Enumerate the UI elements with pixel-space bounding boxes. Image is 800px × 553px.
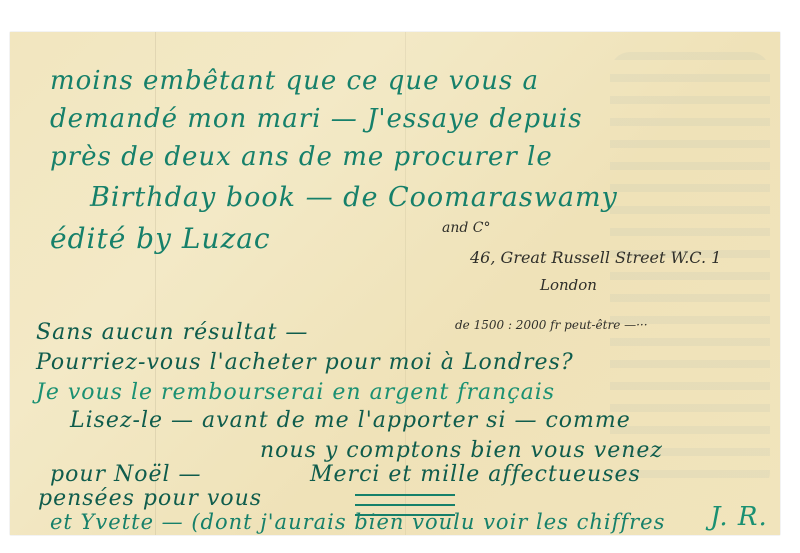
letter-line-9: Lisez-le — avant de me l'apporter si — c…	[70, 408, 631, 433]
letter-line-7: Pourriez-vous l'acheter pour moi à Londr…	[36, 350, 574, 375]
emphasis-underline	[355, 504, 455, 506]
show-through-writing	[610, 52, 770, 492]
letter-line-8: Je vous le rembourserai en argent frança…	[36, 380, 555, 405]
signature: J. R.	[710, 502, 768, 532]
margin-note-price: de 1500 : 2000 fr peut-être —···	[455, 318, 648, 332]
emphasis-underline	[355, 494, 455, 496]
letter-line-11: pour Noël —	[50, 462, 202, 487]
letter-line-10: nous y comptons bien vous venez	[260, 438, 663, 463]
letter-line-13: pensées pour vous	[38, 486, 262, 511]
publisher-note: and C°	[442, 220, 491, 236]
letter-line-1: moins embêtant que ce que vous a	[50, 66, 539, 96]
letter-line-12: Merci et mille affectueuses	[310, 462, 641, 487]
letter-line-6: Sans aucun résultat —	[36, 320, 308, 345]
letter-line-5: édité by Luzac	[50, 222, 271, 255]
letter-line-2: demandé mon mari — J'essaye depuis	[50, 104, 583, 134]
address-city: London	[540, 276, 597, 294]
letter-paper: moins embêtant que ce que vous a demandé…	[10, 32, 780, 535]
letter-line-3: près de deux ans de me procurer le	[50, 142, 553, 172]
address-street: 46, Great Russell Street W.C. 1	[470, 248, 721, 267]
letter-line-4: Birthday book — de Coomaraswamy	[90, 182, 618, 213]
emphasis-underline	[355, 514, 455, 516]
